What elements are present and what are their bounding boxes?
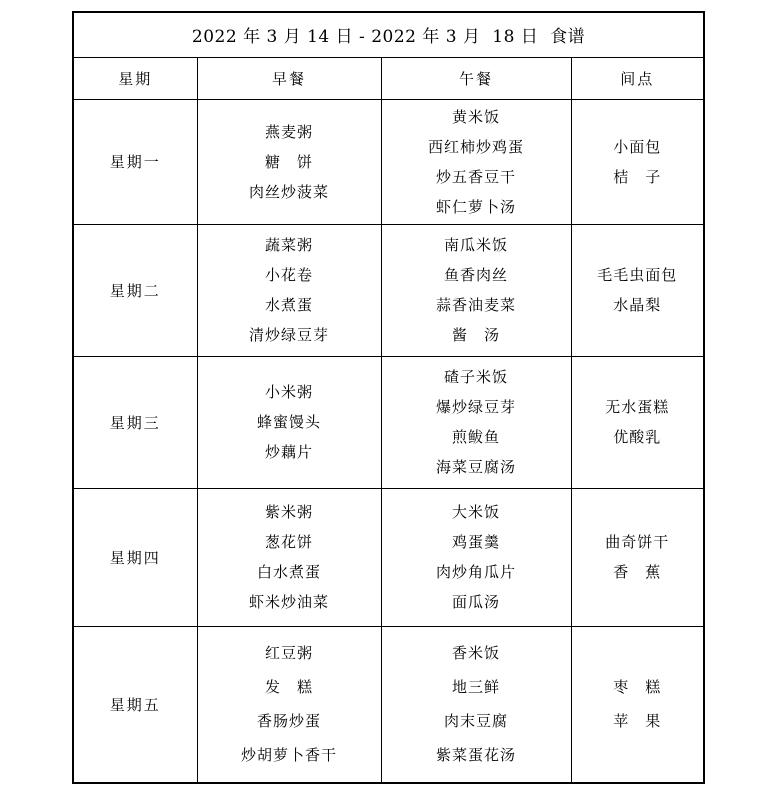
lunch-cell: 南瓜米饭 鱼香肉丝 蒜香油麦菜 酱 汤: [381, 224, 571, 356]
title-row: 2022 年 3 月 14 日 - 2022 年 3 月 18 日 食谱: [73, 12, 704, 57]
menu-table: 2022 年 3 月 14 日 - 2022 年 3 月 18 日 食谱 星期 …: [72, 11, 705, 784]
column-header-breakfast: 早餐: [197, 57, 381, 99]
day-cell: 星期一: [73, 99, 197, 224]
lunch-cell: 大米饭 鸡蛋羹 肉炒角瓜片 面瓜汤: [381, 488, 571, 626]
day-cell: 星期三: [73, 356, 197, 488]
breakfast-cell: 紫米粥 葱花饼 白水煮蛋 虾米炒油菜: [197, 488, 381, 626]
snack-cell: 小面包 桔 子: [571, 99, 704, 224]
breakfast-cell: 小米粥 蜂蜜馒头 炒藕片: [197, 356, 381, 488]
menu-row-friday: 星期五 红豆粥 发 糕 香肠炒蛋 炒胡萝卜香干 香米饭 地三鲜 肉末豆腐 紫菜蛋…: [73, 626, 704, 783]
page: 2022 年 3 月 14 日 - 2022 年 3 月 18 日 食谱 星期 …: [0, 0, 773, 793]
table-title: 2022 年 3 月 14 日 - 2022 年 3 月 18 日 食谱: [73, 12, 704, 57]
breakfast-cell: 红豆粥 发 糕 香肠炒蛋 炒胡萝卜香干: [197, 626, 381, 783]
snack-cell: 无水蛋糕 优酸乳: [571, 356, 704, 488]
snack-cell: 曲奇饼干 香 蕉: [571, 488, 704, 626]
menu-row-monday: 星期一 燕麦粥 糖 饼 肉丝炒菠菜 黄米饭 西红柿炒鸡蛋 炒五香豆干 虾仁萝卜汤…: [73, 99, 704, 224]
lunch-cell: 香米饭 地三鲜 肉末豆腐 紫菜蛋花汤: [381, 626, 571, 783]
snack-cell: 枣 糕 苹 果: [571, 626, 704, 783]
snack-cell: 毛毛虫面包 水晶梨: [571, 224, 704, 356]
menu-row-tuesday: 星期二 蔬菜粥 小花卷 水煮蛋 清炒绿豆芽 南瓜米饭 鱼香肉丝 蒜香油麦菜 酱 …: [73, 224, 704, 356]
menu-row-thursday: 星期四 紫米粥 葱花饼 白水煮蛋 虾米炒油菜 大米饭 鸡蛋羹 肉炒角瓜片 面瓜汤…: [73, 488, 704, 626]
header-row: 星期 早餐 午餐 间点: [73, 57, 704, 99]
day-cell: 星期二: [73, 224, 197, 356]
column-header-week: 星期: [73, 57, 197, 99]
breakfast-cell: 燕麦粥 糖 饼 肉丝炒菠菜: [197, 99, 381, 224]
day-cell: 星期五: [73, 626, 197, 783]
day-cell: 星期四: [73, 488, 197, 626]
lunch-cell: 碴子米饭 爆炒绿豆芽 煎鲅鱼 海菜豆腐汤: [381, 356, 571, 488]
breakfast-cell: 蔬菜粥 小花卷 水煮蛋 清炒绿豆芽: [197, 224, 381, 356]
column-header-snack: 间点: [571, 57, 704, 99]
lunch-cell: 黄米饭 西红柿炒鸡蛋 炒五香豆干 虾仁萝卜汤: [381, 99, 571, 224]
column-header-lunch: 午餐: [381, 57, 571, 99]
menu-row-wednesday: 星期三 小米粥 蜂蜜馒头 炒藕片 碴子米饭 爆炒绿豆芽 煎鲅鱼 海菜豆腐汤 无水…: [73, 356, 704, 488]
